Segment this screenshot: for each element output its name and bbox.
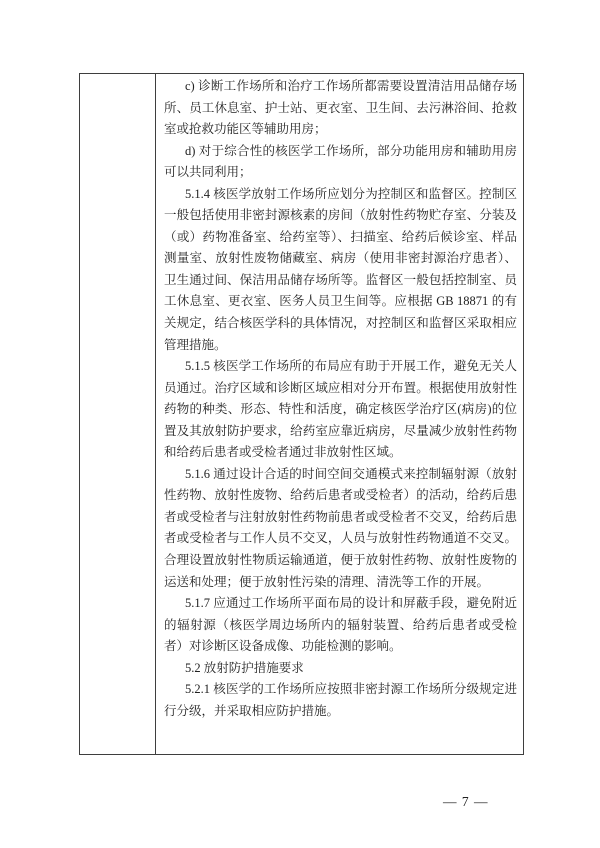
page-number: — 7 — — [443, 794, 489, 810]
paragraph: 5.1.4 核医学放射工作场所应划分为控制区和监督区。控制区一般包括使用非密封源… — [164, 184, 517, 356]
table-body-cell: c) 诊断工作场所和治疗工作场所都需要设置清洁用品储存场所、员工休息室、护士站、… — [156, 74, 523, 754]
paragraph: 5.1.7 应通过工作场所平面布局的设计和屏蔽手段，避免附近的辐射源（核医学周边… — [164, 593, 517, 658]
paragraph: 5.1.5 核医学工作场所的布局应有助于开展工作，避免无关人员通过。治疗区域和诊… — [164, 356, 517, 464]
content-table: c) 诊断工作场所和治疗工作场所都需要设置清洁用品储存场所、员工休息室、护士站、… — [79, 73, 524, 755]
paragraph: 5.1.6 通过设计合适的时间空间交通模式来控制辐射源（放射性药物、放射性废物、… — [164, 464, 517, 593]
table-left-cell — [80, 74, 156, 754]
document-page: c) 诊断工作场所和治疗工作场所都需要设置清洁用品储存场所、员工休息室、护士站、… — [0, 0, 600, 848]
paragraph: 5.2.1 核医学的工作场所应按照非密封源工作场所分级规定进行分级，并采取相应防… — [164, 679, 517, 722]
paragraph: 5.2 放射防护措施要求 — [164, 658, 517, 680]
paragraph-list: c) 诊断工作场所和治疗工作场所都需要设置清洁用品储存场所、员工休息室、护士站、… — [164, 76, 517, 722]
paragraph: d) 对于综合性的核医学工作场所，部分功能用房和辅助用房可以共同利用； — [164, 141, 517, 184]
paragraph: c) 诊断工作场所和治疗工作场所都需要设置清洁用品储存场所、员工休息室、护士站、… — [164, 76, 517, 141]
